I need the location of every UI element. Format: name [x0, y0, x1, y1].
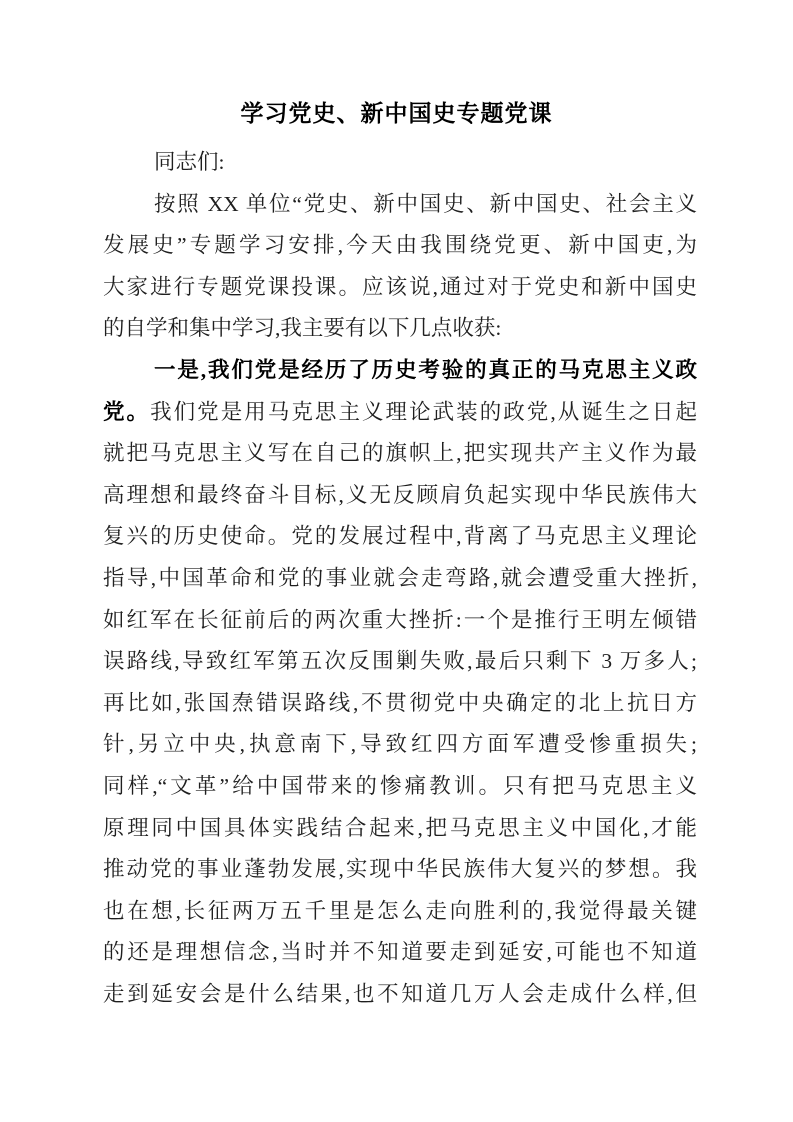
- text-segment: 也在想,长征两万五千里是怎么走向胜利的,我觉得最关键: [103, 899, 697, 923]
- text-segment: 如红军在长征前后的两次重大挫折:一个是推行王明左倾错: [103, 608, 697, 632]
- text-line-p1-l2: 大家进行专题党课投课。应该说,通过对于党史和新中国史: [103, 267, 697, 309]
- text-segment: 按照 XX 单位“党史、新中国史、新中国史、社会主义: [154, 192, 697, 216]
- text-segment: 的自学和集中学习,我主要有以下几点收获:: [103, 316, 501, 340]
- text-line-p2-l7: 误路线,导致红军第五次反围剿失败,最后只剩下 3 万多人;: [103, 641, 697, 683]
- text-segment: 原理同中国具体实践结合起来,把马克思主义中国化,才能: [103, 816, 697, 840]
- text-line-p2-l4: 复兴的历史使命。党的发展过程中,背离了马克思主义理论: [103, 516, 697, 558]
- text-line-p2-l5: 指导,中国革命和党的事业就会走弯路,就会遭受重大挫折,: [103, 558, 697, 600]
- text-segment: 走到延安会是什么结果,也不知道几万人会走成什么样,但: [103, 982, 697, 1006]
- text-line-p2-l1: 党。我们党是用马克思主义理论武装的政党,从诞生之日起: [103, 392, 697, 434]
- text-segment: 同样,“文革”给中国带来的惨痛教训。只有把马克思主义: [103, 774, 697, 798]
- text-segment: 的还是理想信念,当时并不知道要走到延安,可能也不知道: [103, 940, 697, 964]
- bold-text-segment: 党。: [103, 400, 150, 424]
- text-segment: 大家进行专题党课投课。应该说,通过对于党史和新中国史: [103, 275, 697, 299]
- text-line-p2-l14: 的还是理想信念,当时并不知道要走到延安,可能也不知道: [103, 932, 697, 974]
- text-segment: 我们党是用马克思主义理论武装的政党,从诞生之日起: [150, 400, 697, 424]
- text-segment: 再比如,张国焘错误路线,不贯彻党中央确定的北上抗日方: [103, 691, 697, 715]
- document-page: 学习党史、新中国史专题党课 同志们:按照 XX 单位“党史、新中国史、新中国史、…: [0, 0, 793, 1122]
- text-segment: 误路线,导致红军第五次反围剿失败,最后只剩下 3 万多人;: [103, 649, 697, 673]
- text-line-p2-l11: 原理同中国具体实践结合起来,把马克思主义中国化,才能: [103, 808, 697, 850]
- text-line-p1-l1: 发展史”专题学习安排,今天由我围绕党更、新中国吏,为: [103, 225, 697, 267]
- text-segment: 就把马克思主义写在自己的旗帜上,把实现共产主义作为最: [103, 441, 697, 465]
- text-segment: 高理想和最终奋斗目标,义无反顾肩负起实现中华民族伟大: [103, 483, 697, 507]
- text-line-p2-l8: 再比如,张国焘错误路线,不贯彻党中央确定的北上抗日方: [103, 683, 697, 725]
- text-line-p2-l0: 一是,我们党是经历了历史考验的真正的马克思主义政: [103, 350, 697, 392]
- text-line-p2-l6: 如红军在长征前后的两次重大挫折:一个是推行王明左倾错: [103, 600, 697, 642]
- text-segment: 复兴的历史使命。党的发展过程中,背离了马克思主义理论: [103, 524, 697, 548]
- text-line-p2-l3: 高理想和最终奋斗目标,义无反顾肩负起实现中华民族伟大: [103, 475, 697, 517]
- text-line-p0-l0: 同志们:: [103, 142, 697, 184]
- text-segment: 推动党的事业蓬勃发展,实现中华民族伟大复兴的梦想。我: [103, 857, 697, 881]
- text-line-p2-l15: 走到延安会是什么结果,也不知道几万人会走成什么样,但: [103, 974, 697, 1016]
- text-segment: 发展史”专题学习安排,今天由我围绕党更、新中国吏,为: [103, 233, 697, 257]
- text-segment: 指导,中国革命和党的事业就会走弯路,就会遭受重大挫折,: [103, 566, 697, 590]
- bold-text-segment: 一是,我们党是经历了历史考验的真正的马克思主义政: [154, 358, 697, 382]
- text-line-p2-l13: 也在想,长征两万五千里是怎么走向胜利的,我觉得最关键: [103, 891, 697, 933]
- document-title: 学习党史、新中国史专题党课: [0, 0, 793, 129]
- text-segment: 针,另立中央,执意南下,导致红四方面军遭受惨重损失;: [103, 732, 697, 756]
- text-line-p1-l3: 的自学和集中学习,我主要有以下几点收获:: [103, 308, 697, 350]
- document-body: 同志们:按照 XX 单位“党史、新中国史、新中国史、社会主义发展史”专题学习安排…: [103, 142, 697, 1015]
- text-line-p2-l9: 针,另立中央,执意南下,导致红四方面军遭受惨重损失;: [103, 724, 697, 766]
- text-segment: 同志们:: [154, 150, 224, 174]
- text-line-p2-l12: 推动党的事业蓬勃发展,实现中华民族伟大复兴的梦想。我: [103, 849, 697, 891]
- text-line-p2-l10: 同样,“文革”给中国带来的惨痛教训。只有把马克思主义: [103, 766, 697, 808]
- text-line-p1-l0: 按照 XX 单位“党史、新中国史、新中国史、社会主义: [103, 184, 697, 226]
- text-line-p2-l2: 就把马克思主义写在自己的旗帜上,把实现共产主义作为最: [103, 433, 697, 475]
